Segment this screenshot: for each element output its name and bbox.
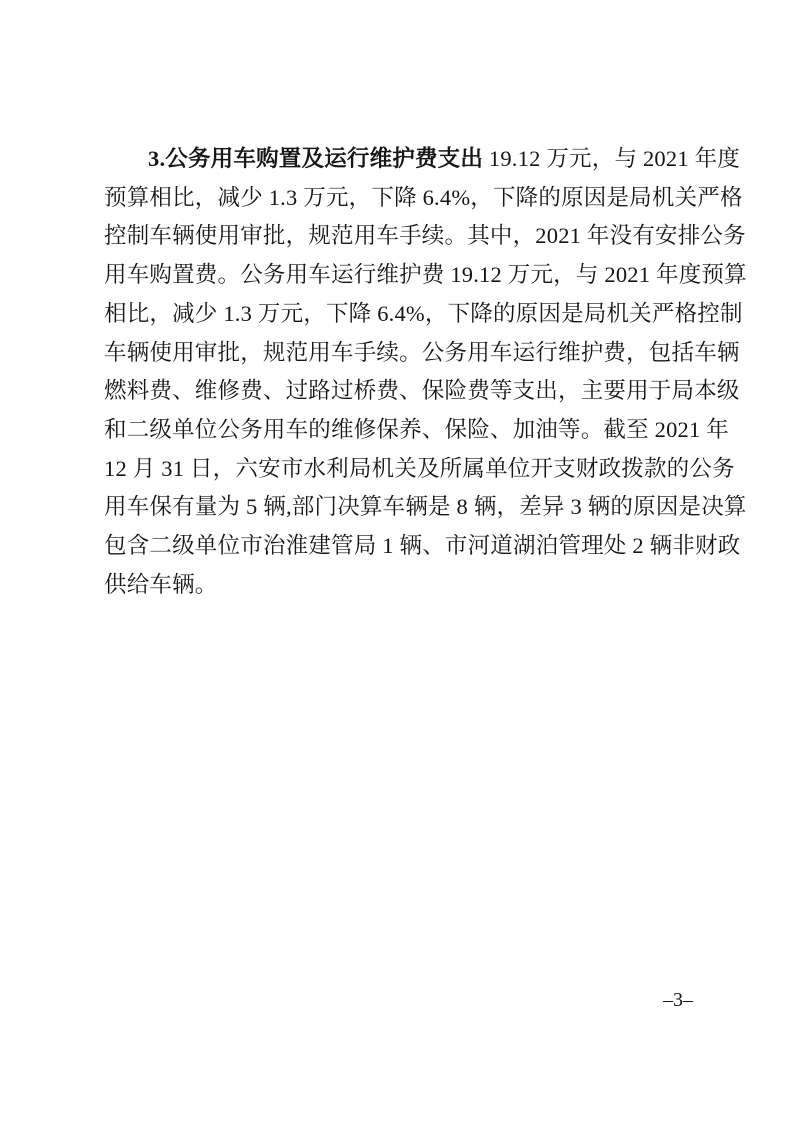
paragraph-line: 12 月 31 日，六安市水利局机关及所属单位开支财政拨款的公务 <box>104 450 690 489</box>
paragraph-line: 预算相比，减少 1.3 万元，下降 6.4%，下降的原因是局机关严格 <box>104 179 690 218</box>
paragraph-line: 车辆使用审批，规范用车手续。公务用车运行维护费，包括车辆 <box>104 334 690 373</box>
paragraph-line-text: 19.12 万元，与 2021 年度 <box>483 146 740 171</box>
paragraph-line: 和二级单位公务用车的维修保养、保险、加油等。截至 2021 年 <box>104 411 690 450</box>
paragraph-line: 燃料费、维修费、过路过桥费、保险费等支出，主要用于局本级 <box>104 372 690 411</box>
paragraph-line: 用车购置费。公务用车运行维护费 19.12 万元，与 2021 年度预算 <box>104 256 690 295</box>
paragraph-line: 相比，减少 1.3 万元，下降 6.4%，下降的原因是局机关严格控制 <box>104 295 690 334</box>
paragraph-line: 3.公务用车购置及运行维护费支出 19.12 万元，与 2021 年度 <box>104 140 690 179</box>
paragraph-lead-bold: 3.公务用车购置及运行维护费支出 <box>148 146 483 171</box>
paragraph-line: 用车保有量为 5 辆,部门决算车辆是 8 辆，差异 3 辆的原因是决算 <box>104 488 690 527</box>
body-paragraph: 3.公务用车购置及运行维护费支出 19.12 万元，与 2021 年度 预算相比… <box>104 140 690 604</box>
page-number: –3– <box>663 988 693 1012</box>
document-page: 3.公务用车购置及运行维护费支出 19.12 万元，与 2021 年度 预算相比… <box>0 0 793 1122</box>
paragraph-line: 控制车辆使用审批，规范用车手续。其中，2021 年没有安排公务 <box>104 217 690 256</box>
paragraph-line: 包含二级单位市治淮建管局 1 辆、市河道湖泊管理处 2 辆非财政 <box>104 527 690 566</box>
paragraph-line: 供给车辆。 <box>104 566 690 605</box>
